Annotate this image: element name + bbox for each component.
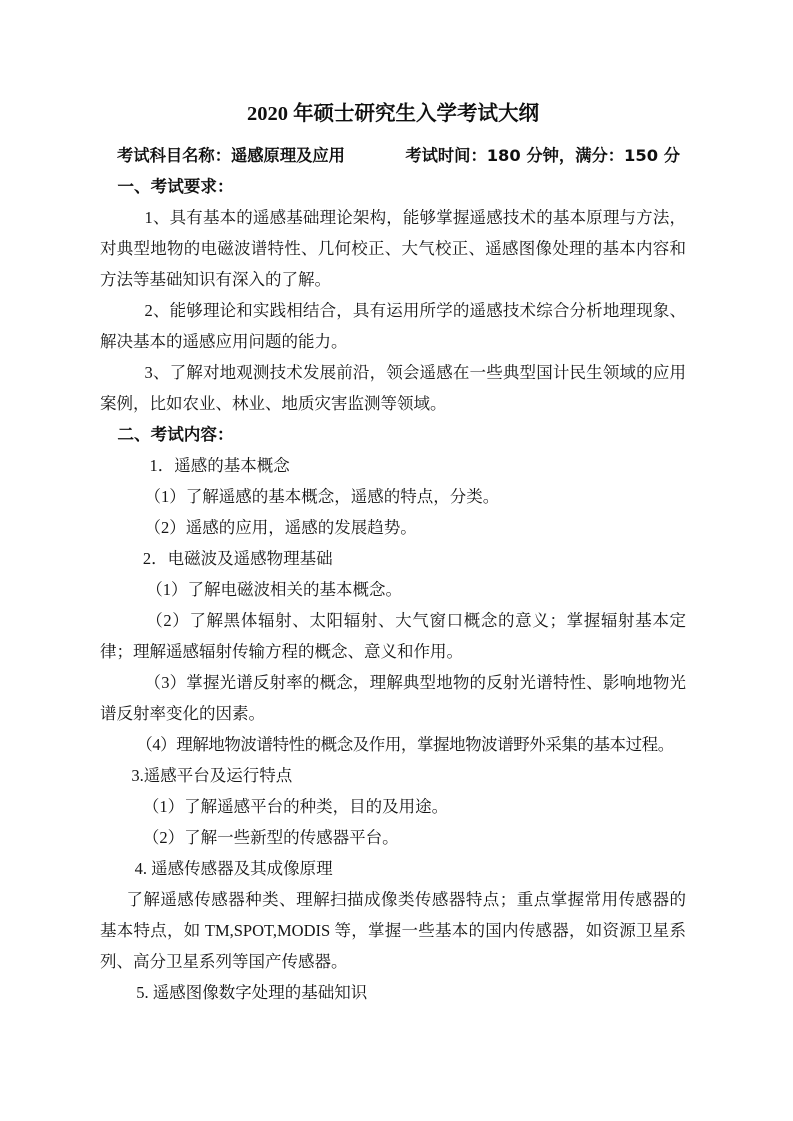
doc-line: （4）理解地物波谱特性的概念及作用，掌握地物波谱野外采集的基本过程。 xyxy=(100,729,686,760)
doc-line: 了解遥感传感器种类、理解扫描成像类传感器特点；重点掌握常用传感器的基本特点，如 … xyxy=(100,884,686,977)
document-page: 2020 年硕士研究生入学考试大纲 考试科目名称：遥感原理及应用 考试时间：18… xyxy=(0,0,793,1121)
doc-line: 3.遥感平台及运行特点 xyxy=(100,760,686,791)
doc-text-blocks: 一、考试要求：1、具有基本的遥感基础理论架构，能够掌握遥感技术的基本原理与方法，… xyxy=(100,171,686,1008)
doc-line: （1）了解电磁波相关的基本概念。 xyxy=(100,574,686,605)
doc-line: （3）掌握光谱反射率的概念，理解典型地物的反射光谱特性、影响地物光谱反射率变化的… xyxy=(100,667,686,729)
section-heading: 一、考试要求： xyxy=(100,171,686,202)
exam-subject-label: 考试科目名称：遥感原理及应用 xyxy=(117,140,345,171)
doc-line: （2）遥感的应用，遥感的发展趋势。 xyxy=(100,512,686,543)
doc-line: 4. 遥感传感器及其成像原理 xyxy=(100,853,686,884)
doc-line: （2）了解一些新型的传感器平台。 xyxy=(100,822,686,853)
doc-line: 2．电磁波及遥感物理基础 xyxy=(100,543,686,574)
doc-line: 3、了解对地观测技术发展前沿，领会遥感在一些典型国计民生领域的应用案例，比如农业… xyxy=(100,357,686,419)
doc-line: 5. 遥感图像数字处理的基础知识 xyxy=(100,977,686,1008)
page-title: 2020 年硕士研究生入学考试大纲 xyxy=(100,98,686,130)
section-heading: 二、考试内容： xyxy=(100,419,686,450)
exam-time-score-label: 考试时间：180 分钟，满分：150 分 xyxy=(405,140,680,171)
doc-line: （1）了解遥感平台的种类，目的及用途。 xyxy=(100,791,686,822)
exam-meta-row: 考试科目名称：遥感原理及应用 考试时间：180 分钟，满分：150 分 xyxy=(100,140,686,171)
doc-line: 1．遥感的基本概念 xyxy=(100,450,686,481)
document-body: 2020 年硕士研究生入学考试大纲 考试科目名称：遥感原理及应用 考试时间：18… xyxy=(100,98,686,1008)
doc-line: 2、能够理论和实践相结合，具有运用所学的遥感技术综合分析地理现象、解决基本的遥感… xyxy=(100,295,686,357)
doc-line: 1、具有基本的遥感基础理论架构，能够掌握遥感技术的基本原理与方法，对典型地物的电… xyxy=(100,202,686,295)
doc-line: （1）了解遥感的基本概念，遥感的特点，分类。 xyxy=(100,481,686,512)
doc-line: （2）了解黑体辐射、太阳辐射、大气窗口概念的意义；掌握辐射基本定律；理解遥感辐射… xyxy=(100,605,686,667)
